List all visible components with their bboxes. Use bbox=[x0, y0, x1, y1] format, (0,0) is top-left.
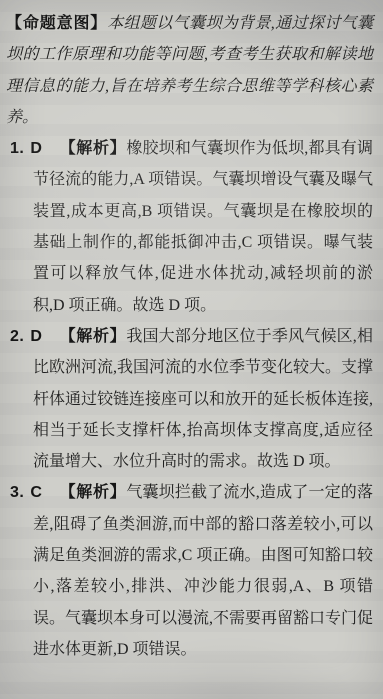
answer-item-2: 2.D【解析】我国大部分地区位于季风气候区,相比欧洲河流,我国河流的水位季节变化… bbox=[6, 321, 373, 477]
answer-index: 2. bbox=[10, 328, 24, 345]
answer-item-3: 3.C【解析】气囊坝拦截了流水,造成了一定的落差,阻碍了鱼类洄游,而中部的豁口落… bbox=[6, 477, 373, 665]
analysis-label: 【解析】 bbox=[59, 328, 126, 345]
analysis-text: 气囊坝拦截了流水,造成了一定的落差,阻碍了鱼类洄游,而中部的豁口落差较小,可以满… bbox=[33, 484, 373, 657]
answer-letter: C bbox=[30, 484, 42, 501]
answer-number: 2.D bbox=[10, 328, 42, 345]
answer-number: 1.D bbox=[10, 140, 42, 157]
scanned-answer-page: 【命题意图】本组题以气囊坝为背景,通过探讨气囊坝的工作原理和功能等问题,考查考生… bbox=[0, 0, 383, 699]
analysis-text: 我国大部分地区位于季风气候区,相比欧洲河流,我国河流的水位季节变化较大。支撑杆体… bbox=[33, 328, 373, 470]
answer-index: 1. bbox=[10, 140, 24, 157]
answer-letter: D bbox=[30, 140, 42, 157]
answer-number: 3.C bbox=[10, 484, 42, 501]
intro-label: 【命题意图】 bbox=[6, 15, 107, 32]
analysis-label: 【解析】 bbox=[59, 484, 126, 501]
answer-item-1: 1.D【解析】橡胶坝和气囊坝作为低坝,都具有调节径流的能力,A 项错误。气囊坝增… bbox=[6, 133, 373, 321]
intro-paragraph: 【命题意图】本组题以气囊坝为背景,通过探讨气囊坝的工作原理和功能等问题,考查考生… bbox=[6, 8, 373, 133]
analysis-text: 橡胶坝和气囊坝作为低坝,都具有调节径流的能力,A 项错误。气囊坝增设气囊及曝气装… bbox=[33, 140, 373, 313]
answer-index: 3. bbox=[10, 484, 24, 501]
analysis-label: 【解析】 bbox=[59, 140, 126, 157]
answer-letter: D bbox=[30, 328, 42, 345]
